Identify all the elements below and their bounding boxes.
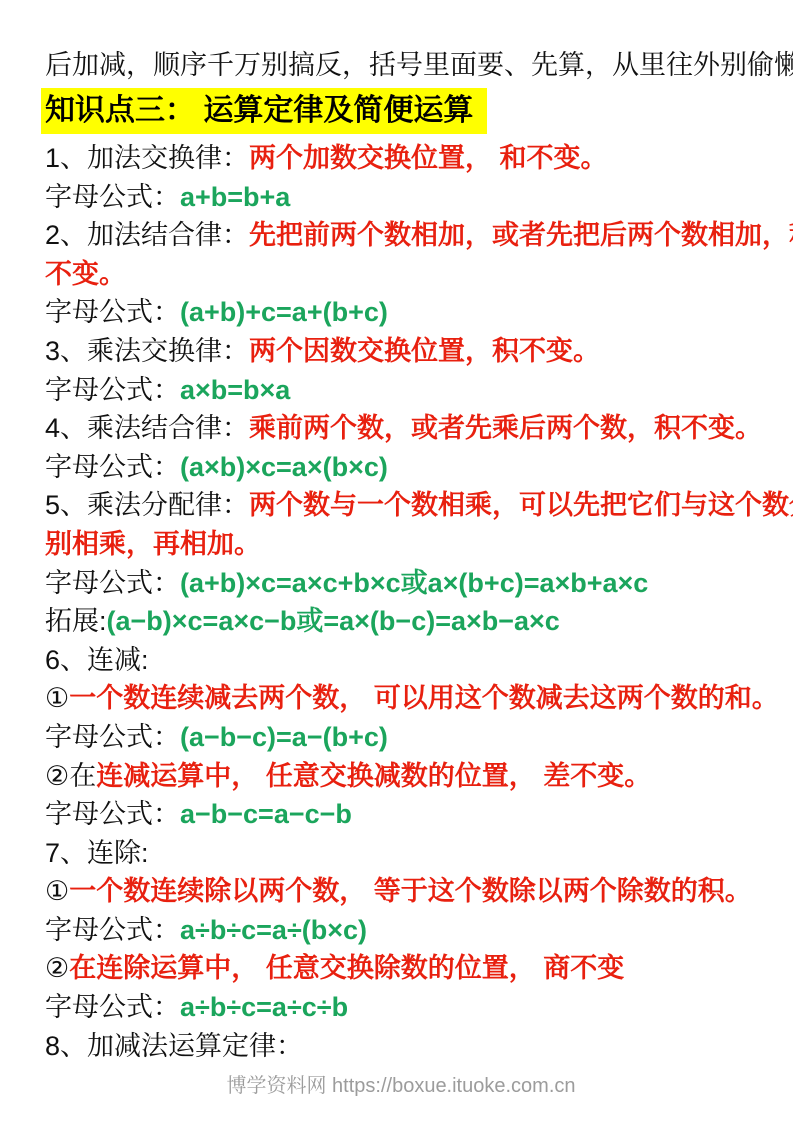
text-line: ②在连减运算中， 任意交换减数的位置， 差不变。 bbox=[45, 757, 757, 796]
text-line: 字母公式：(a×b)×c=a×(b×c) bbox=[45, 448, 757, 487]
text-segment-black: 字母公式： bbox=[45, 992, 180, 1022]
text-segment-green: a÷b÷c=a÷c÷b bbox=[180, 992, 348, 1022]
text-segment-red: 两个数与一个数相乘，可以先把它们与这个数分 bbox=[249, 490, 793, 520]
text-line: 7、连除: bbox=[45, 834, 757, 873]
text-segment-green: a+b=b+a bbox=[180, 182, 290, 212]
text-segment-green: a÷b÷c=a÷(b×c) bbox=[180, 915, 367, 945]
text-line: 8、加减法运算定律： bbox=[45, 1027, 757, 1066]
text-segment-black: ① bbox=[45, 683, 69, 713]
text-line: ①一个数连续除以两个数， 等于这个数除以两个除数的积。 bbox=[45, 872, 757, 911]
text-segment-black: 2、加法结合律： bbox=[45, 220, 249, 250]
text-line: 字母公式：(a−b−c)=a−(b+c) bbox=[45, 718, 757, 757]
text-segment-red: 乘前两个数，或者先乘后两个数，积不变。 bbox=[249, 413, 762, 443]
text-segment-black: 字母公式： bbox=[45, 297, 180, 327]
text-segment-black: 字母公式： bbox=[45, 722, 180, 752]
text-line: 字母公式：a÷b÷c=a÷(b×c) bbox=[45, 911, 757, 950]
text-segment-black: ② bbox=[45, 953, 69, 983]
text-segment-red: 两个因数交换位置，积不变。 bbox=[249, 336, 600, 366]
text-segment-black: 字母公式： bbox=[45, 182, 180, 212]
text-segment-black: 1、加法交换律： bbox=[45, 143, 249, 173]
text-segment-black: 4、乘法结合律： bbox=[45, 413, 249, 443]
text-line: 字母公式：a×b=b×a bbox=[45, 371, 757, 410]
intro-line: 后加减，顺序千万别搞反，括号里面要、先算，从里往外别偷懒 bbox=[45, 46, 757, 84]
section-title-highlighted: 知识点三： 运算定律及简便运算 bbox=[41, 88, 487, 134]
text-segment-red: 一个数连续除以两个数， 等于这个数除以两个除数的积。 bbox=[69, 876, 752, 906]
text-segment-red: 在连除运算中， 任意交换除数的位置， 商不变 bbox=[69, 953, 624, 983]
text-segment-black: 字母公式： bbox=[45, 375, 180, 405]
text-segment-black: 字母公式： bbox=[45, 799, 180, 829]
text-line: 别相乘，再相加。 bbox=[45, 525, 757, 564]
text-line: 拓展:(a−b)×c=a×c−b或=a×(b−c)=a×b−a×c bbox=[45, 602, 757, 641]
text-segment-black: 拓展: bbox=[45, 606, 107, 636]
document-page: 后加减，顺序千万别搞反，括号里面要、先算，从里往外别偷懒 知识点三： 运算定律及… bbox=[0, 0, 793, 1122]
text-segment-red: 一个数连续减去两个数， 可以用这个数减去这两个数的和。 bbox=[69, 683, 779, 713]
text-line: 字母公式：(a+b)×c=a×c+b×c或a×(b+c)=a×b+a×c bbox=[45, 564, 757, 603]
text-segment-red: 先把前两个数相加，或者先把后两个数相加，和 bbox=[249, 220, 793, 250]
text-segment-green: (a+b)×c=a×c+b×c或a×(b+c)=a×b+a×c bbox=[180, 568, 648, 598]
text-segment-red: 两个加数交换位置， 和不变。 bbox=[249, 143, 608, 173]
text-line: 2、加法结合律：先把前两个数相加，或者先把后两个数相加，和 bbox=[45, 216, 757, 255]
text-line: ①一个数连续减去两个数， 可以用这个数减去这两个数的和。 bbox=[45, 679, 757, 718]
text-segment-red: 连减运算中， 任意交换减数的位置， 差不变。 bbox=[96, 761, 651, 791]
text-line: 不变。 bbox=[45, 255, 757, 294]
text-segment-green: (a−b−c)=a−(b+c) bbox=[180, 722, 388, 752]
content-lines: 1、加法交换律：两个加数交换位置， 和不变。字母公式：a+b=b+a2、加法结合… bbox=[45, 139, 757, 1065]
text-segment-black: 字母公式： bbox=[45, 915, 180, 945]
text-segment-green: a−b−c=a−c−b bbox=[180, 799, 352, 829]
text-segment-black: 5、乘法分配律： bbox=[45, 490, 249, 520]
text-segment-black: 7、连除: bbox=[45, 838, 149, 868]
text-segment-black: 字母公式： bbox=[45, 452, 180, 482]
text-line: 5、乘法分配律：两个数与一个数相乘，可以先把它们与这个数分 bbox=[45, 486, 757, 525]
footer-watermark: 博学资料网 https://boxue.ituoke.com.cn bbox=[45, 1073, 757, 1099]
text-line: 字母公式：a−b−c=a−c−b bbox=[45, 795, 757, 834]
text-segment-black: 字母公式： bbox=[45, 568, 180, 598]
text-line: 4、乘法结合律：乘前两个数，或者先乘后两个数，积不变。 bbox=[45, 409, 757, 448]
text-segment-green: (a+b)+c=a+(b+c) bbox=[180, 297, 388, 327]
text-segment-green: (a×b)×c=a×(b×c) bbox=[180, 452, 388, 482]
text-line: 字母公式：(a+b)+c=a+(b+c) bbox=[45, 293, 757, 332]
text-segment-black: ②在 bbox=[45, 761, 96, 791]
text-segment-black: 8、加减法运算定律： bbox=[45, 1031, 303, 1061]
text-line: 字母公式：a÷b÷c=a÷c÷b bbox=[45, 988, 757, 1027]
section-title-row: 知识点三： 运算定律及简便运算 bbox=[41, 88, 757, 134]
text-line: 字母公式：a+b=b+a bbox=[45, 178, 757, 217]
text-segment-black: 6、连减: bbox=[45, 645, 149, 675]
text-segment-black: ① bbox=[45, 876, 69, 906]
text-segment-black: 3、乘法交换律： bbox=[45, 336, 249, 366]
text-line: 6、连减: bbox=[45, 641, 757, 680]
text-line: 3、乘法交换律：两个因数交换位置，积不变。 bbox=[45, 332, 757, 371]
text-line: 1、加法交换律：两个加数交换位置， 和不变。 bbox=[45, 139, 757, 178]
text-line: ②在连除运算中， 任意交换除数的位置， 商不变 bbox=[45, 949, 757, 988]
text-segment-green: a×b=b×a bbox=[180, 375, 290, 405]
text-segment-red: 别相乘，再相加。 bbox=[45, 529, 261, 559]
text-segment-green: (a−b)×c=a×c−b或=a×(b−c)=a×b−a×c bbox=[107, 606, 560, 636]
text-segment-red: 不变。 bbox=[45, 259, 126, 289]
